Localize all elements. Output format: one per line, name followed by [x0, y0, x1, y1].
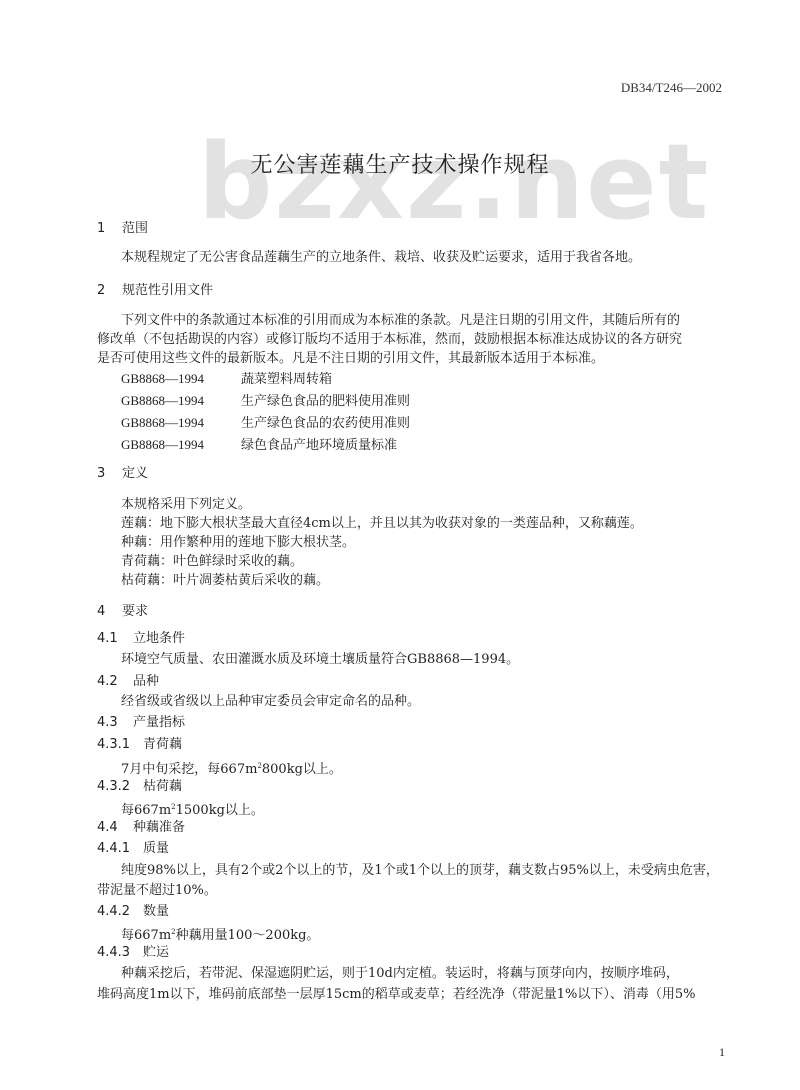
section-4-heading: 4要求 — [97, 603, 148, 621]
section-4-3-heading: 4.3产量指标 — [97, 714, 185, 732]
reference-item: GB8868—1994绿色食品产地环境质量标准 — [121, 436, 397, 455]
section-2-paragraph-line: 是否可使用这些文件的最新版本。凡是不注日期的引用文件，其最新版本适用于本标准。 — [97, 350, 604, 368]
section-4-3-1-text: 7月中旬采挖，每667m2800kg以上。 — [121, 757, 342, 779]
section-4-4-heading: 4.4种藕准备 — [97, 819, 185, 837]
text-part: 800kg以上。 — [262, 762, 342, 777]
reference-code: GB8868—1994 — [121, 436, 241, 454]
section-title: 数量 — [143, 904, 169, 919]
section-title: 定义 — [122, 466, 148, 481]
section-number: 3 — [97, 465, 122, 483]
section-4-4-2-text: 每667m2种藕用量100～200kg。 — [121, 923, 319, 945]
section-title: 立地条件 — [133, 631, 185, 646]
reference-code: GB8868—1994 — [121, 392, 241, 410]
section-number: 4.4.2 — [97, 903, 143, 921]
text-part: 每667m — [121, 928, 171, 943]
section-1-heading: 1范围 — [97, 220, 148, 238]
section-4-4-1-heading: 4.4.1质量 — [97, 840, 169, 858]
section-title: 枯荷藕 — [143, 779, 182, 794]
section-4-4-3-text: 堆码高度1m以下，堆码前底部垫一层厚15cm的稻草或麦草；若经洗净（带泥量1%以… — [97, 986, 696, 1004]
section-number: 4.3.2 — [97, 778, 143, 796]
reference-item: GB8868—1994蔬菜塑料周转箱 — [121, 370, 332, 389]
section-title: 规范性引用文件 — [122, 283, 213, 298]
section-4-4-3-text: 种藕采挖后，若带泥、保湿遮阴贮运，则于10d内定植。装运时，将藕与顶芽向内，按顺… — [121, 965, 679, 983]
reference-code: GB8868—1994 — [121, 414, 241, 432]
text-part: 1500kg以上。 — [176, 803, 264, 818]
section-4-4-3-heading: 4.4.3贮运 — [97, 944, 169, 962]
text-part: 种藕用量100～200kg。 — [176, 928, 320, 943]
definition-line: 枯荷藕：叶片凋萎枯黄后采收的藕。 — [121, 572, 329, 590]
definition-line: 种藕：用作繁种用的莲地下膨大根状茎。 — [121, 534, 355, 552]
section-number: 4.4.3 — [97, 944, 143, 962]
definition-line: 莲藕：地下膨大根状茎最大直径4cm以上，并且以其为收获对象的一类莲品种，又称藕莲… — [121, 515, 643, 533]
section-2-heading: 2规范性引用文件 — [97, 282, 213, 300]
section-title: 质量 — [143, 841, 169, 856]
watermark: bzxz.net — [198, 130, 710, 234]
section-number: 4.3.1 — [97, 736, 143, 754]
section-4-1-text: 环境空气质量、农田灌溉水质及环境土壤质量符合GB8868—1994。 — [121, 651, 519, 669]
section-4-2-text: 经省级或省级以上品种审定委员会审定命名的品种。 — [121, 693, 420, 711]
section-number: 1 — [97, 220, 122, 238]
section-4-3-2-heading: 4.3.2枯荷藕 — [97, 778, 182, 796]
section-number: 4.4.1 — [97, 840, 143, 858]
page-number: 1 — [719, 1045, 725, 1060]
section-title: 范围 — [122, 221, 148, 236]
section-4-2-heading: 4.2品种 — [97, 673, 159, 691]
section-number: 2 — [97, 282, 122, 300]
definition-line: 本规格采用下列定义。 — [121, 496, 251, 514]
reference-code: GB8868—1994 — [121, 370, 241, 388]
text-part: 每667m — [121, 803, 171, 818]
section-4-3-1-heading: 4.3.1青荷藕 — [97, 736, 182, 754]
section-number: 4 — [97, 603, 122, 621]
section-3-heading: 3定义 — [97, 465, 148, 483]
section-number: 4.4 — [97, 819, 133, 837]
section-4-3-2-text: 每667m21500kg以上。 — [121, 798, 264, 820]
text-part: 7月中旬采挖，每667m — [121, 762, 257, 777]
section-4-4-1-text: 带泥量不超过10%。 — [97, 882, 217, 900]
section-4-4-2-heading: 4.4.2数量 — [97, 903, 169, 921]
section-title: 要求 — [122, 604, 148, 619]
document-title: 无公害莲藕生产技术操作规程 — [0, 148, 800, 179]
section-title: 品种 — [133, 674, 159, 689]
reference-name: 绿色食品产地环境质量标准 — [241, 438, 397, 453]
reference-name: 生产绿色食品的农药使用准则 — [241, 416, 410, 431]
reference-name: 生产绿色食品的肥料使用准则 — [241, 394, 410, 409]
section-4-4-1-text: 纯度98%以上，具有2个或2个以上的节，及1个或1个以上的顶芽，藕支数占95%以… — [121, 862, 719, 880]
section-title: 产量指标 — [133, 715, 185, 730]
section-title: 贮运 — [143, 945, 169, 960]
section-number: 4.1 — [97, 630, 133, 648]
section-1-text: 本规程规定了无公害食品莲藕生产的立地条件、栽培、收获及贮运要求，适用于我省各地。 — [121, 249, 641, 267]
section-4-1-heading: 4.1立地条件 — [97, 630, 185, 648]
reference-item: GB8868—1994生产绿色食品的农药使用准则 — [121, 414, 410, 433]
definition-line: 青荷藕：叶色鲜绿时采收的藕。 — [121, 553, 303, 571]
section-number: 4.3 — [97, 714, 133, 732]
reference-name: 蔬菜塑料周转箱 — [241, 372, 332, 387]
section-title: 种藕准备 — [133, 820, 185, 835]
section-2-paragraph-line: 下列文件中的条款通过本标准的引用而成为本标准的条款。凡是注日期的引用文件，其随后… — [121, 312, 680, 330]
standard-code: DB34/T246—2002 — [621, 80, 722, 96]
section-title: 青荷藕 — [143, 737, 182, 752]
reference-item: GB8868—1994生产绿色食品的肥料使用准则 — [121, 392, 410, 411]
section-2-paragraph-line: 修改单（不包括勘误的内容）或修订版均不适用于本标准，然而，鼓励根据本标准达成协议… — [97, 331, 682, 349]
section-number: 4.2 — [97, 673, 133, 691]
